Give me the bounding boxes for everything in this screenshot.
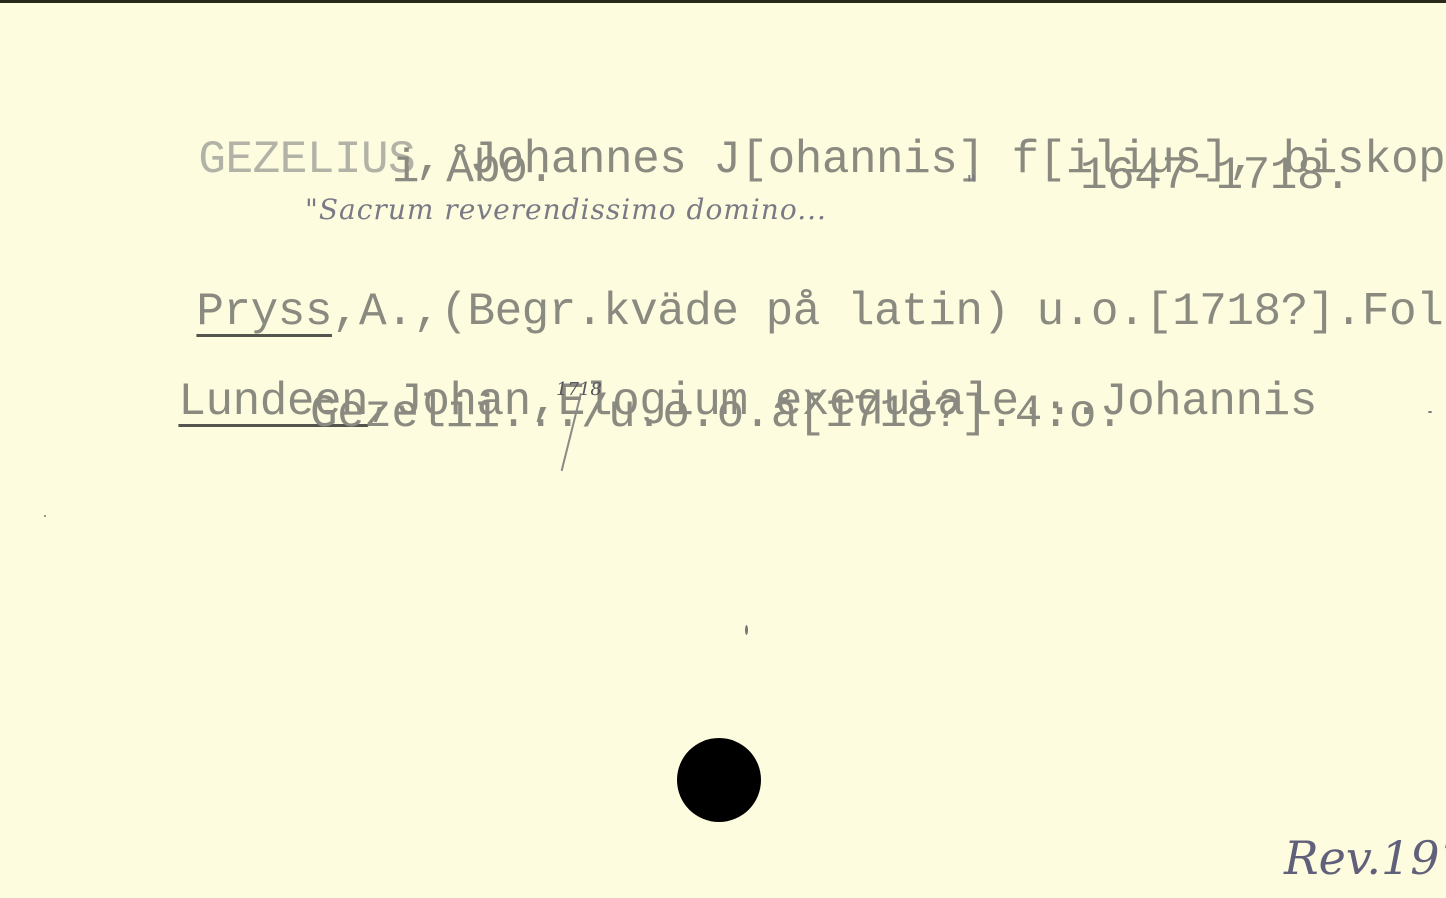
speck — [1428, 411, 1432, 413]
speck — [745, 625, 748, 635]
catalog-card: GEZELIUS, Johannes J[ohannis] f[ilius], … — [0, 0, 1446, 898]
revision-note: Rev.1970 — [1284, 831, 1446, 885]
heading-dates: 1647-1718. — [1080, 153, 1351, 199]
punch-hole — [677, 738, 761, 822]
handwritten-incipit: "Sacrum reverendissimo domino... — [305, 193, 827, 226]
entry-text: ,A.,(Begr.kväde på latin) u.o.[1718?].Fo… — [332, 286, 1446, 338]
entry-author: Pryss — [196, 286, 332, 338]
ditto-mark: " — [966, 171, 977, 199]
heading-surname: GEZELIUS — [198, 134, 415, 186]
entry-lundeen-line-2: Gezelii.../u.o.o.å[1718?].4:o. — [310, 391, 1123, 437]
speck — [44, 515, 46, 517]
heading-place: i Åbo. — [392, 146, 555, 192]
